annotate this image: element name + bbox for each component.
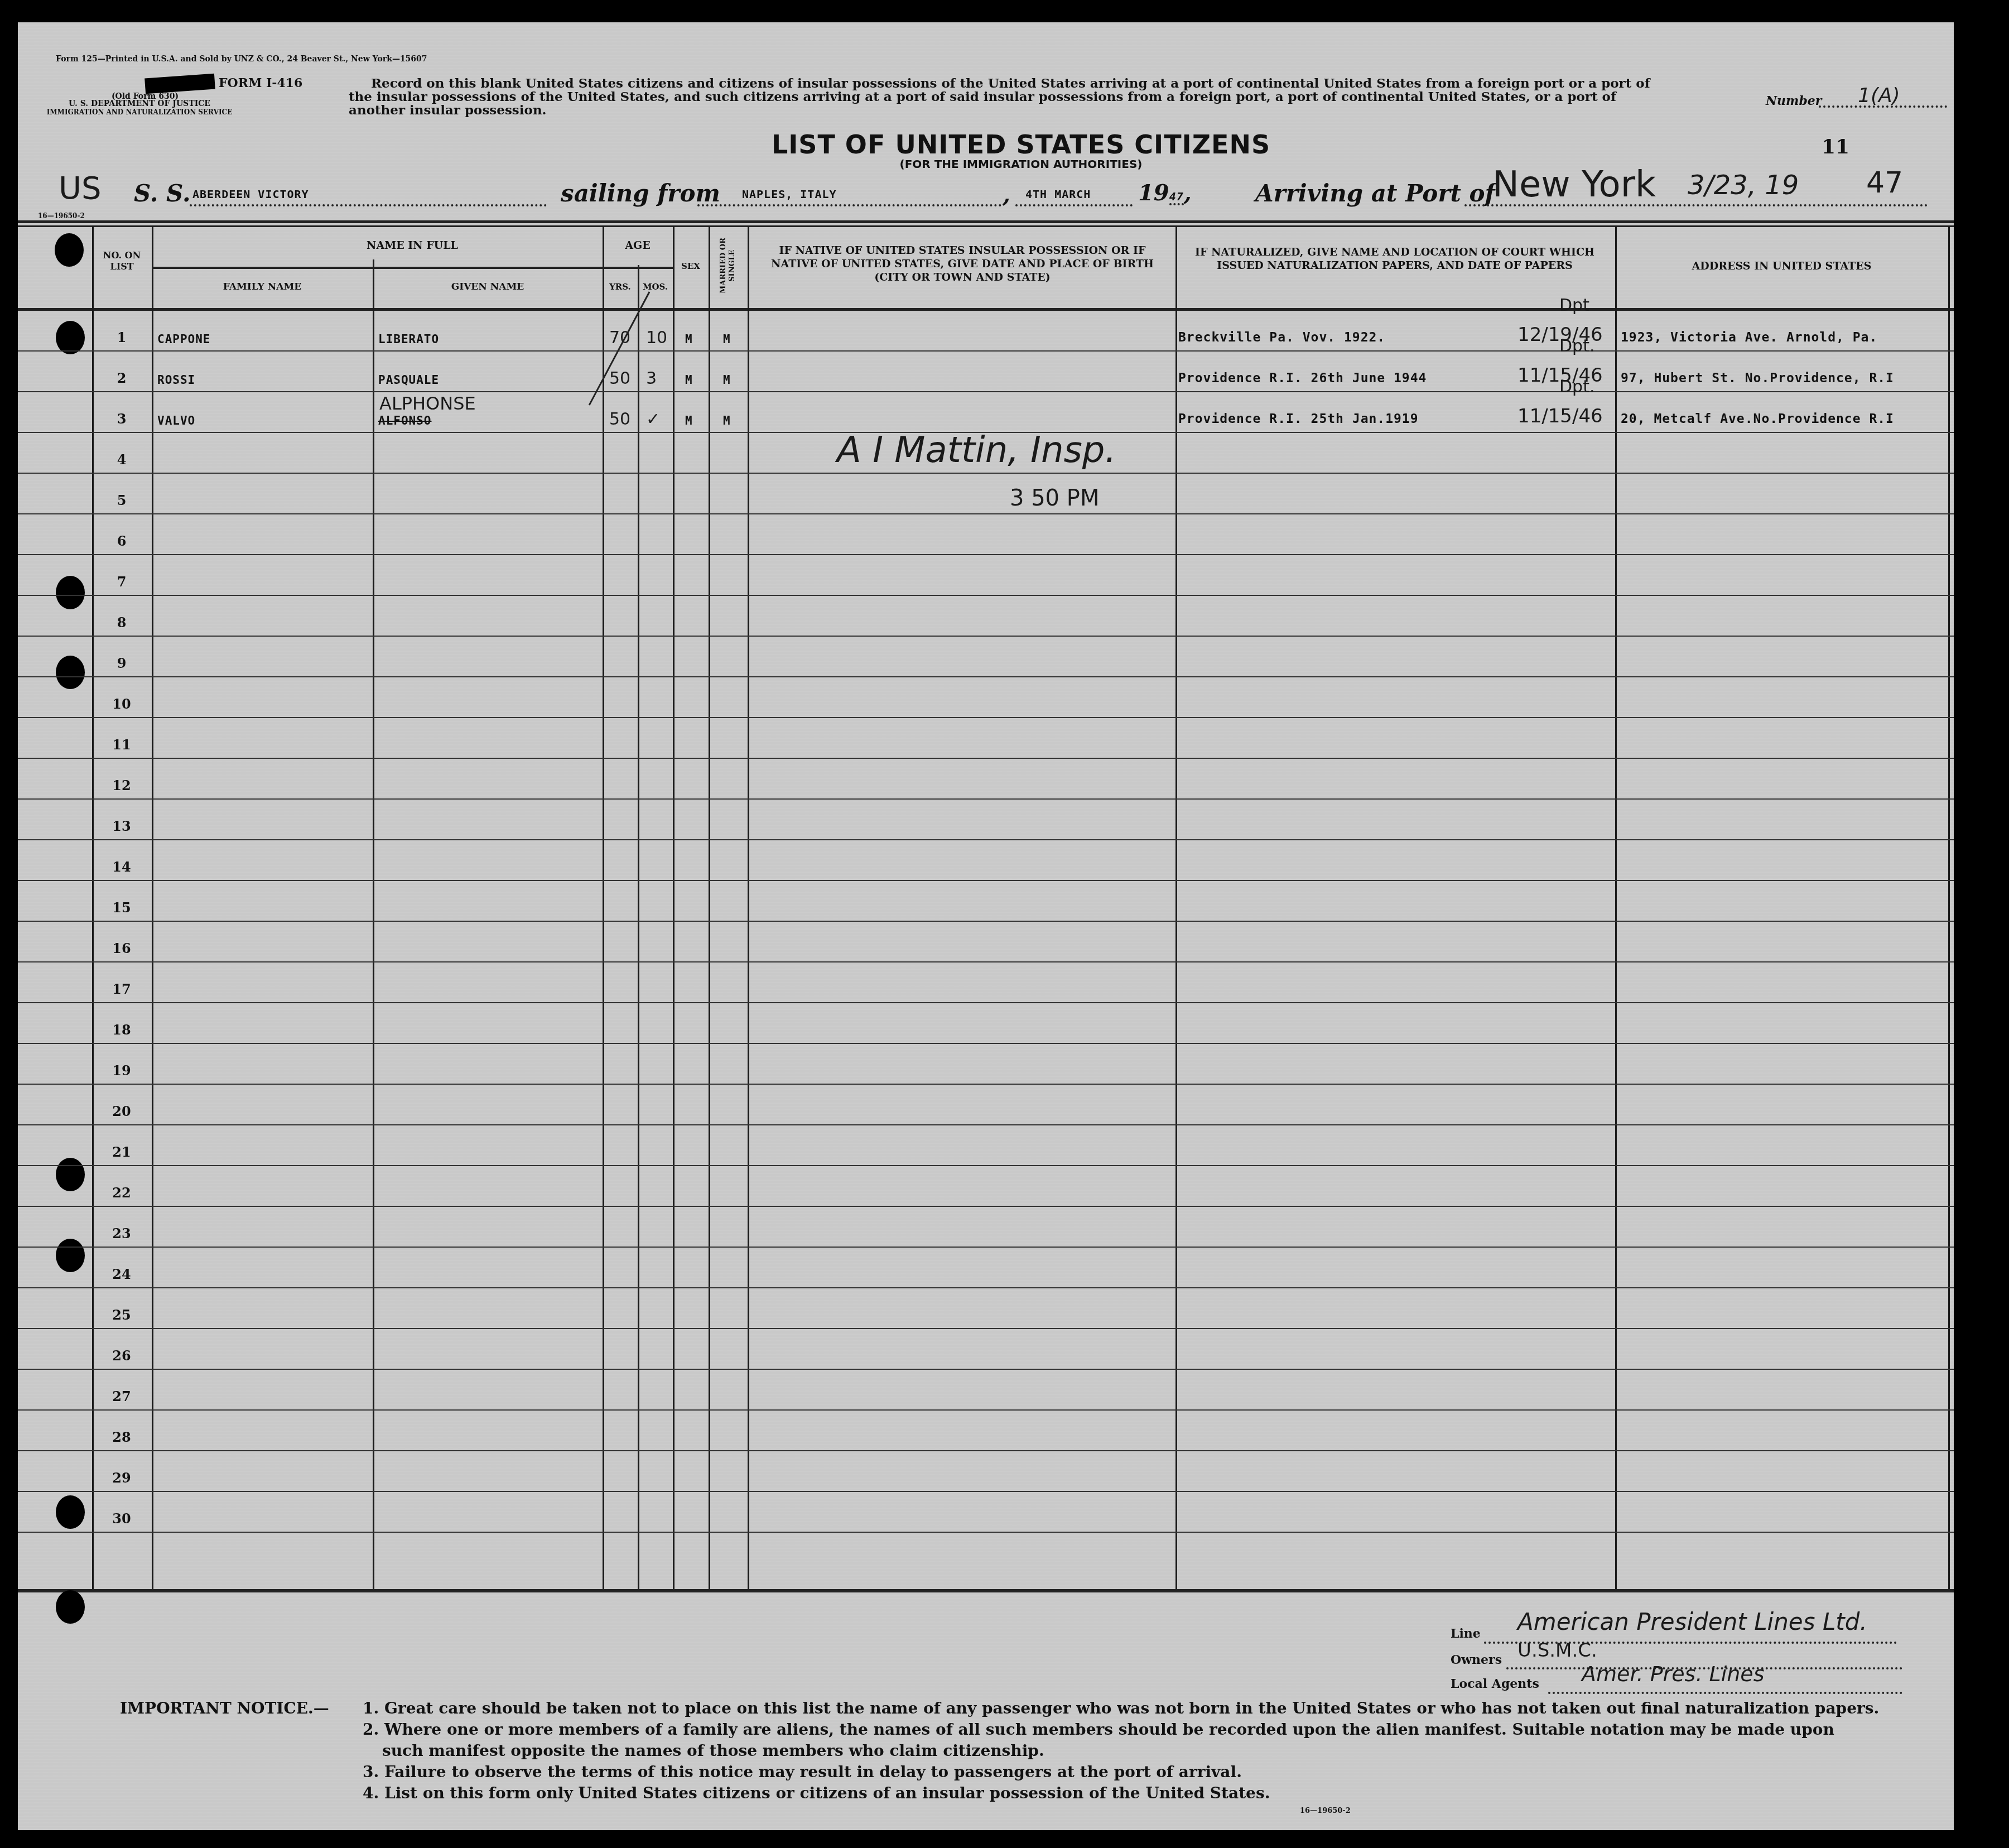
year-prefix: 19: [1138, 180, 1169, 206]
local-agents-field: Amer. Pres. Lines: [1548, 1681, 1902, 1694]
header-age: Age: [603, 239, 673, 252]
ship-name: ABERDEEN VICTORY: [192, 187, 309, 201]
row-number: 6: [94, 533, 150, 549]
row-number: 4: [94, 451, 150, 468]
row-number: 8: [94, 614, 150, 631]
table-row: 10: [0, 677, 2009, 718]
table-row: 26: [0, 1329, 2009, 1370]
row-number: 16: [94, 940, 150, 956]
annotation-dept: Dpt: [1559, 296, 1589, 315]
number-field: 1(A): [1819, 92, 1947, 108]
address: 97, Hubert St. No.Providence, R.I: [1621, 371, 1894, 386]
comma-separator: ,: [1003, 181, 1010, 208]
side-form-code: 16—19650-2: [38, 212, 85, 220]
family-name: ROSSI: [157, 373, 195, 387]
row-number: 12: [94, 777, 150, 793]
row-number: 25: [94, 1307, 150, 1323]
age-years: 50: [609, 410, 630, 429]
row-number: 3: [94, 411, 150, 427]
ship-prefix: S. S.: [134, 180, 191, 207]
table-row: 13: [0, 800, 2009, 840]
table-row: 22: [0, 1166, 2009, 1207]
table-row: 24: [0, 1248, 2009, 1288]
row-number: 13: [94, 818, 150, 834]
marital-status: M: [723, 414, 731, 427]
table-row: 8: [0, 596, 2009, 637]
naturalization-court: Breckville Pa. Vov. 1922.: [1178, 330, 1385, 345]
given-name: PASQUALE: [378, 373, 439, 387]
sailing-date-field: 4TH MARCH: [1015, 190, 1133, 206]
row-number: 28: [94, 1429, 150, 1445]
table-row: 2ROSSIPASQUALE503MMProvidence R.I. 26th …: [0, 352, 2009, 392]
table-row: 15: [0, 881, 2009, 922]
page-subtitle: (FOR THE IMMIGRATION AUTHORITIES): [725, 157, 1317, 171]
page-title: LIST OF UNITED STATES CITIZENS: [725, 129, 1317, 160]
table-row: 20: [0, 1085, 2009, 1125]
family-name: VALVO: [157, 414, 195, 427]
age-months: 3: [646, 369, 657, 388]
table-row: 30: [0, 1492, 2009, 1533]
table-row: 19: [0, 1044, 2009, 1085]
owners-label: Owners: [1451, 1653, 1502, 1667]
year-suffix: 47: [1169, 190, 1184, 205]
annotation-dept: Dpt.: [1559, 336, 1594, 356]
row-number: 15: [94, 899, 150, 916]
header-mos: Mos.: [638, 280, 673, 293]
row-divider: [18, 1532, 1954, 1533]
table-row: 16: [0, 922, 2009, 963]
row-number: 22: [94, 1185, 150, 1201]
row-number: 21: [94, 1144, 150, 1160]
arriving-port-field: New York 3/23, 19 47: [1464, 190, 1928, 206]
local-agents-value: Amer. Pres. Lines: [1582, 1662, 1765, 1686]
punch-hole: [56, 1590, 85, 1624]
table-row: 17: [0, 963, 2009, 1003]
table-row: 18: [0, 1003, 2009, 1044]
arrival-date: 3/23, 19: [1688, 170, 1799, 201]
row-number: 23: [94, 1225, 150, 1241]
row-number: 19: [94, 1062, 150, 1079]
header-sex: Sex: [673, 259, 709, 273]
age-months: 10: [646, 328, 667, 348]
sailing-from-value: NAPLES, ITALY: [742, 187, 837, 201]
line-value: American President Lines Ltd.: [1517, 1608, 1867, 1635]
row-number: 7: [94, 574, 150, 590]
naturalization-court: Providence R.I. 25th Jan.1919: [1178, 412, 1419, 426]
table-row: 7: [0, 555, 2009, 596]
table-row: 14: [0, 840, 2009, 881]
header-address: Address in United States: [1615, 259, 1948, 273]
given-name-correction: ALPHONSE: [379, 393, 476, 414]
table-row: 9: [0, 637, 2009, 677]
family-name: CAPPONE: [157, 333, 211, 346]
notice-4: 4. List on this form only United States …: [363, 1781, 1902, 1806]
year-field: 1947,: [1138, 180, 1192, 206]
comma-separator: ,: [1184, 180, 1192, 206]
given-name: LIBERATO: [378, 333, 439, 346]
row-number: 20: [94, 1103, 150, 1119]
table-row: 28: [0, 1411, 2009, 1451]
table-row: 1CAPPONELIBERATO7010MMBreckville Pa. Vov…: [0, 311, 2009, 352]
table-row: 12: [0, 759, 2009, 800]
row-number: 24: [94, 1266, 150, 1282]
sailing-date: 4TH MARCH: [1025, 187, 1091, 201]
arrival-year: 47: [1866, 166, 1903, 200]
address: 20, Metcalf Ave.No.Providence R.I: [1621, 412, 1894, 426]
age-years: 50: [609, 369, 630, 388]
marital-status: M: [723, 373, 731, 387]
notice-title: IMPORTANT NOTICE.—: [120, 1696, 329, 1721]
naturalization-court: Providence R.I. 26th June 1944: [1178, 371, 1427, 386]
sailing-from-field: NAPLES, ITALY: [697, 190, 1001, 206]
header-yrs: Yrs.: [603, 280, 638, 293]
header-no-on-list: No. on List: [92, 250, 152, 272]
header-given-name: Given Name: [373, 280, 603, 293]
table-row: 5: [0, 474, 2009, 514]
table-row: 27: [0, 1370, 2009, 1411]
table-row: 23: [0, 1207, 2009, 1248]
row-number: 2: [94, 370, 150, 386]
header-native: If native of United States insular posse…: [756, 244, 1169, 284]
punch-hole: [55, 233, 84, 267]
row-number: 9: [94, 655, 150, 671]
sailing-from-label: sailing from: [561, 180, 720, 207]
age-months: ✓: [646, 410, 660, 429]
page-number: 11: [1822, 135, 1849, 158]
owners-value: U.S.M.C.: [1517, 1639, 1597, 1662]
arriving-port: New York: [1492, 164, 1656, 205]
row-number: 5: [94, 492, 150, 508]
row-number: 26: [94, 1347, 150, 1364]
row-number: 30: [94, 1510, 150, 1527]
table-row: 21: [0, 1125, 2009, 1166]
table-top-border: [18, 220, 1954, 223]
number-label: Number: [1766, 94, 1822, 108]
bottom-form-code: 16—19650-2: [1300, 1807, 1351, 1815]
name-subheader-line: [152, 267, 673, 269]
row-number: 10: [94, 696, 150, 712]
inspection-time: 3 50 PM: [1010, 485, 1099, 511]
row-number: 17: [94, 981, 150, 997]
row-number: 29: [94, 1470, 150, 1486]
header-naturalized: If naturalized, give name and location o…: [1180, 246, 1610, 272]
header-married-or-single: Married or Single: [719, 235, 737, 296]
table-row: 11: [0, 718, 2009, 759]
row-number: 11: [94, 737, 150, 753]
annotation-dept: Dpt.: [1559, 377, 1594, 397]
table-row: 29: [0, 1451, 2009, 1492]
sex: M: [685, 373, 693, 387]
row-number: 1: [94, 329, 150, 345]
sex: M: [685, 414, 693, 427]
number-value: 1(A): [1858, 84, 1900, 107]
row-number: 18: [94, 1022, 150, 1038]
table-row: 6: [0, 514, 2009, 555]
address: 1923, Victoria Ave. Arnold, Pa.: [1621, 330, 1877, 345]
row-number: 27: [94, 1388, 150, 1404]
line-label: Line: [1451, 1626, 1481, 1641]
table-row: 3VALVOALFONSOALPHONSE50✓MMProvidence R.I…: [0, 392, 2009, 433]
header-family-name: Family Name: [152, 280, 373, 293]
form-number: FORM I-416: [219, 76, 302, 90]
arriving-label: Arriving at Port of: [1255, 180, 1495, 207]
table-top-border-inner: [18, 225, 1954, 227]
annotation-date: 11/15/46: [1517, 405, 1603, 427]
table-bottom-border: [18, 1589, 1954, 1592]
inspector-signature: A I Mattin, Insp.: [837, 430, 1116, 471]
department-name: U. S. DEPARTMENT OF JUSTICE: [45, 99, 234, 108]
row-number: 14: [94, 859, 150, 875]
marital-status: M: [723, 333, 731, 346]
given-name: ALFONSO: [378, 414, 432, 427]
form-instructions: Record on this blank United States citiz…: [349, 77, 1665, 117]
header-name-in-full: Name in Full: [152, 239, 673, 252]
local-agents-label: Local Agents: [1451, 1677, 1539, 1691]
ship-name-field: ABERDEEN VICTORY: [190, 190, 547, 206]
sex: M: [685, 333, 693, 346]
service-name: IMMIGRATION AND NATURALIZATION SERVICE: [39, 108, 240, 116]
margin-note: US: [59, 170, 102, 206]
table-row: 25: [0, 1288, 2009, 1329]
printer-line: Form 125—Printed in U.S.A. and Sold by U…: [56, 55, 427, 64]
